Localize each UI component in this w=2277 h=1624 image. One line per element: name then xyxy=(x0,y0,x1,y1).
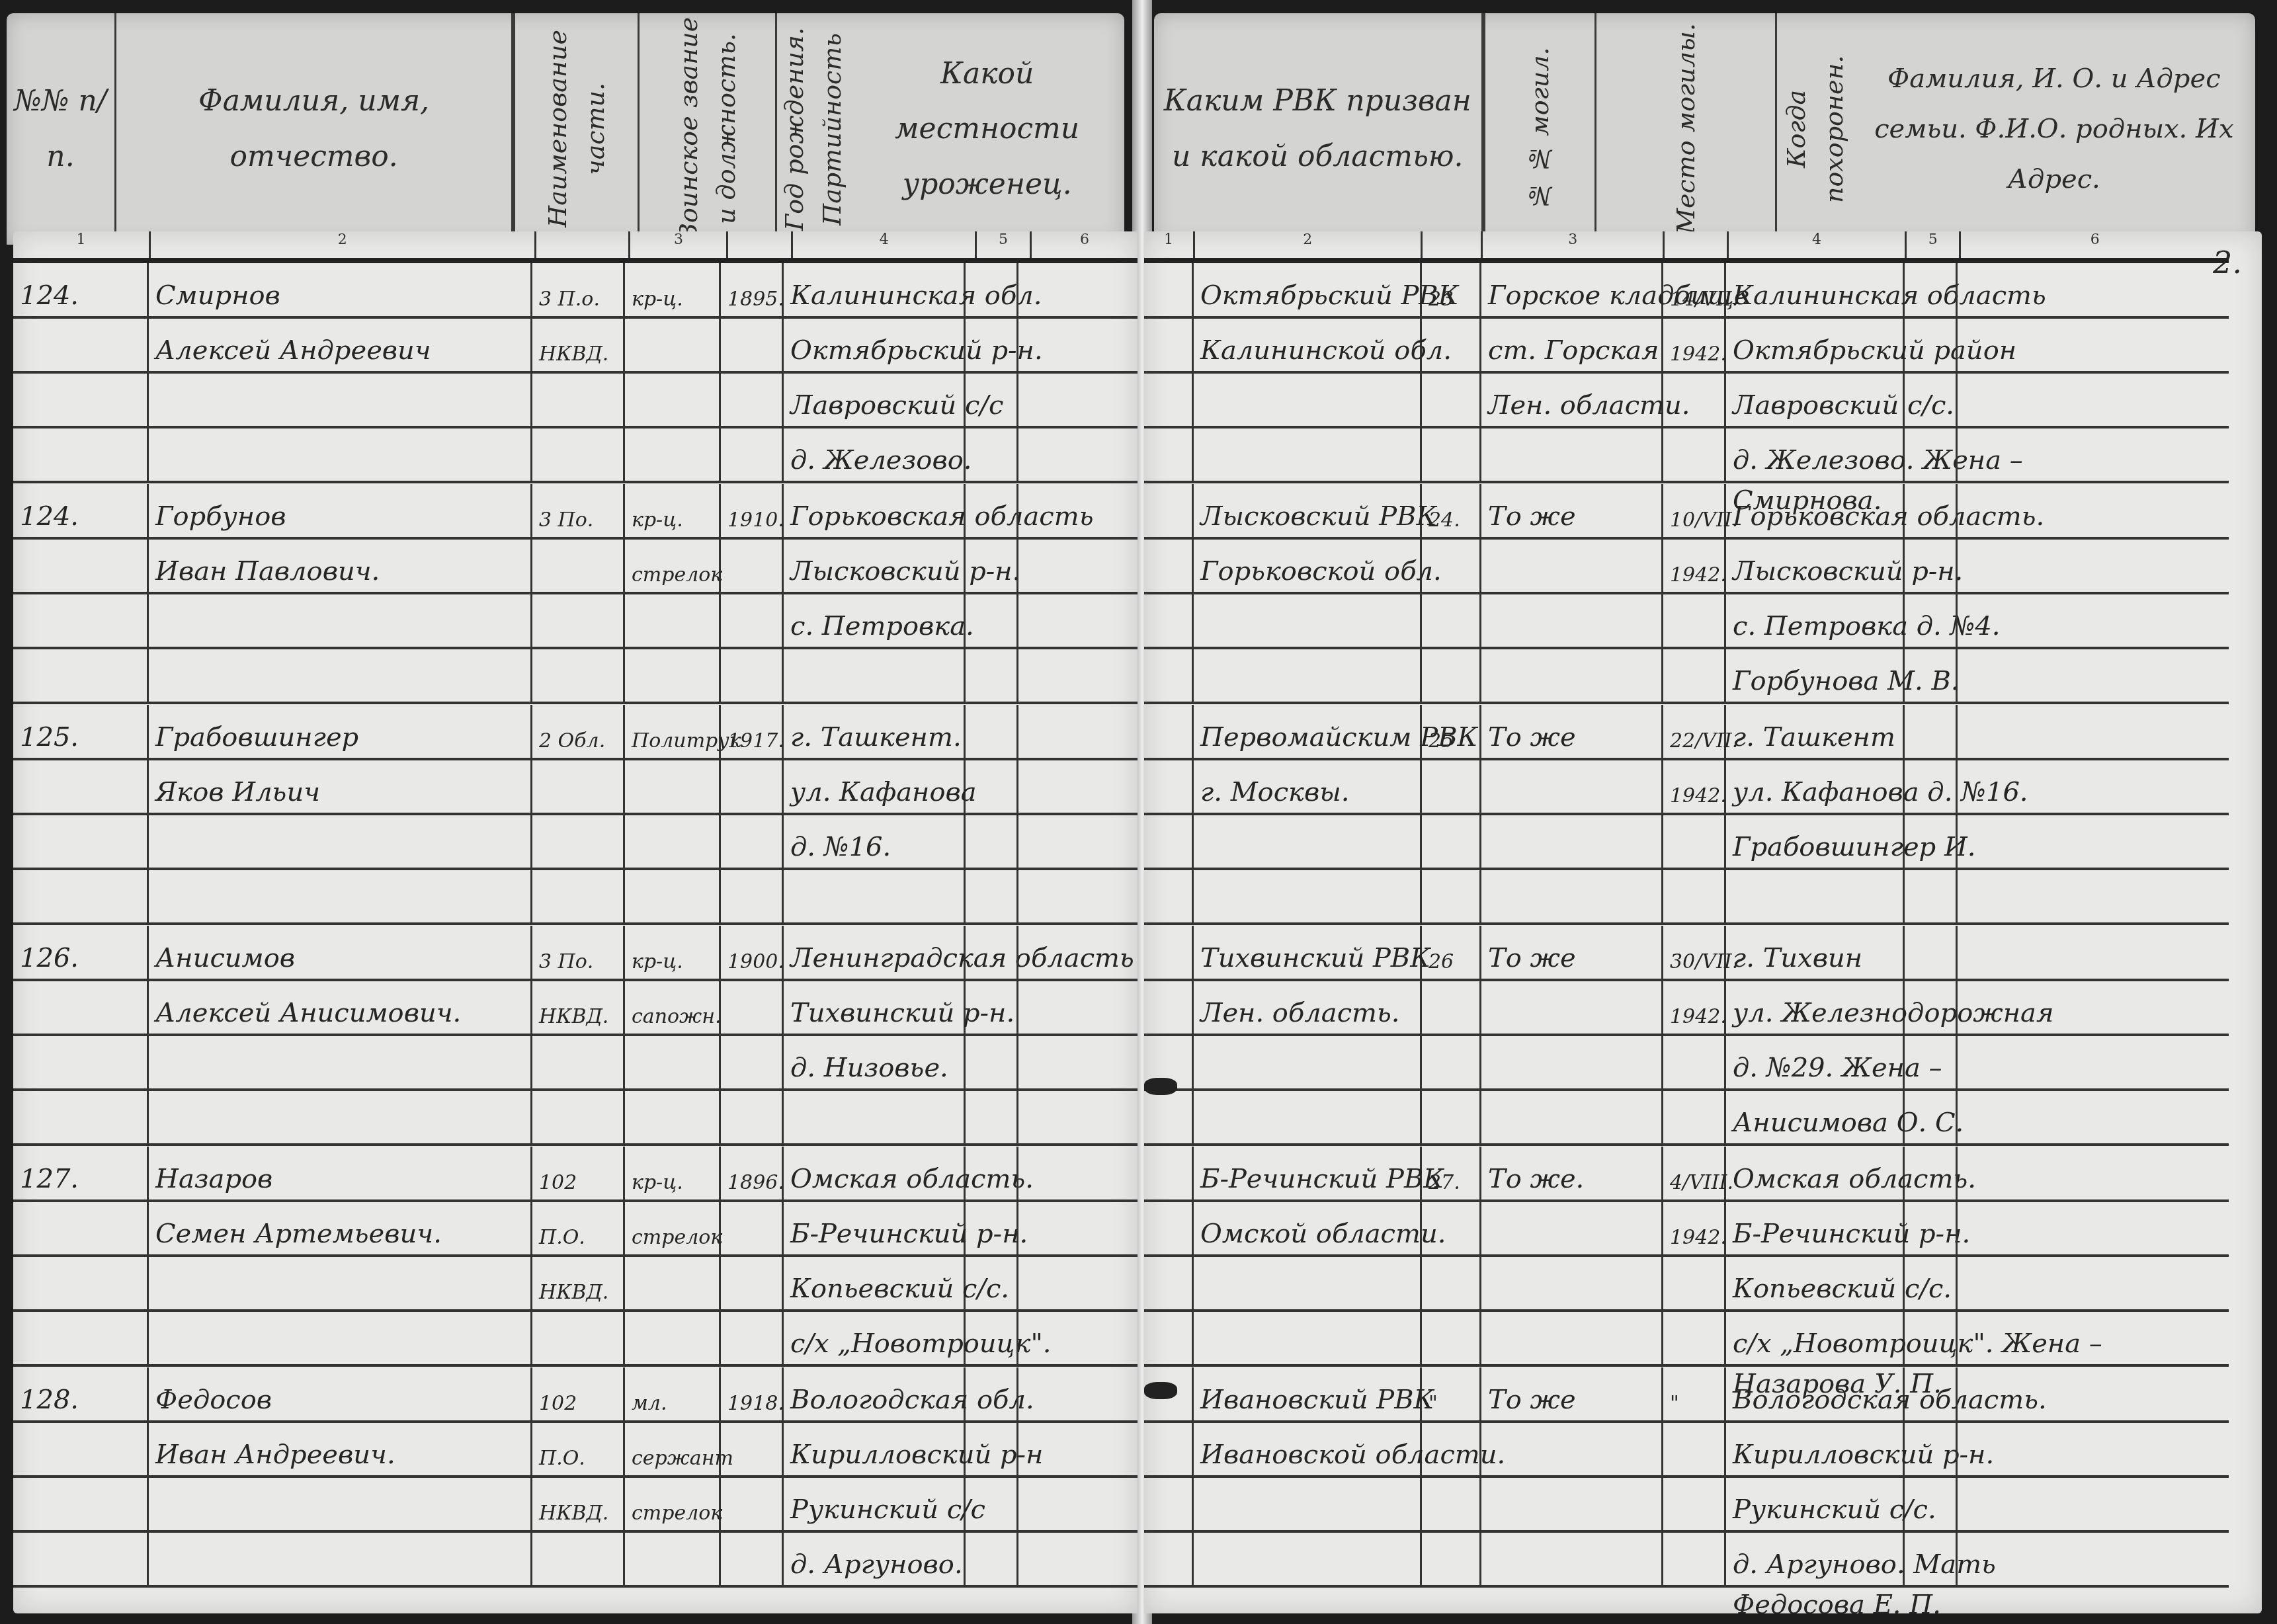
soldier-name: Грабовшингер xyxy=(149,705,532,758)
col-5 xyxy=(966,1090,1018,1143)
birth-year: 1918. xyxy=(721,1367,784,1420)
conscription-office: Ивановский РВК xyxy=(1194,1367,1422,1420)
ledger-line: д. Низовье. xyxy=(13,1035,1138,1091)
entry-number xyxy=(13,1256,149,1309)
origin: Калининская обл. xyxy=(784,263,966,316)
col-5 xyxy=(966,870,1018,922)
family-address: Горбунова М. В. xyxy=(1726,649,1905,702)
grave-number xyxy=(1422,1311,1481,1364)
family-address: г. Ташкент xyxy=(1726,705,1905,758)
col-5 xyxy=(966,1477,1018,1530)
conscription-office: Лысковский РВК xyxy=(1194,484,1422,537)
grave-number xyxy=(1422,1256,1481,1309)
col-6 xyxy=(1958,870,2229,922)
ledger-line: 126.Анисимов3 По.кр-ц.1900.Ленинградская… xyxy=(13,926,1138,981)
entry-number xyxy=(13,1201,149,1254)
col-1 xyxy=(1144,539,1194,592)
family-address: Омская область. xyxy=(1726,1147,1905,1199)
burial-date: 1942. xyxy=(1663,760,1726,813)
col-6 xyxy=(1958,1311,2229,1364)
ledger-line: Иван Андреевич.П.О.сержантКирилловский р… xyxy=(13,1422,1138,1478)
origin: с/х „Новотроицк". xyxy=(784,1311,966,1364)
col-5 xyxy=(966,705,1018,758)
birth-year: 1895. xyxy=(721,263,784,316)
origin: Горьковская область xyxy=(784,484,966,537)
col-1 xyxy=(1144,1532,1194,1585)
origin: Октябрьский р-н. xyxy=(784,318,966,371)
col-5 xyxy=(1905,318,1958,371)
col-6 xyxy=(1958,263,2229,316)
grave-number xyxy=(1422,1422,1481,1475)
col-5 xyxy=(1905,1035,1958,1088)
col-5 xyxy=(1905,594,1958,647)
soldier-name xyxy=(149,1090,532,1143)
ledger-line: Лавровский с/с xyxy=(13,373,1138,428)
birth-year xyxy=(721,373,784,426)
birth-year xyxy=(721,428,784,481)
col-1 xyxy=(1144,484,1194,537)
conscription-office: Горьковской обл. xyxy=(1194,539,1422,592)
origin xyxy=(784,1090,966,1143)
grave-place xyxy=(1481,1201,1663,1254)
family-address: Б-Речинский р-н. xyxy=(1726,1201,1905,1254)
ledger-line: Ивановской области.Кирилловский р-н. xyxy=(1144,1422,2229,1478)
origin: Б-Речинский р-н. xyxy=(784,1201,966,1254)
origin: Лысковский р-н. xyxy=(784,539,966,592)
birth-year xyxy=(721,1256,784,1309)
col-5 xyxy=(1905,1422,1958,1475)
col-1 xyxy=(1144,318,1194,371)
grave-number xyxy=(1422,649,1481,702)
col-1 xyxy=(1144,1256,1194,1309)
entry-number xyxy=(13,1532,149,1585)
left-header-flap: №№ п/п. Фамилия, имя, отчество. Наименов… xyxy=(7,13,1124,245)
header-col-unit: Наименование части. xyxy=(513,13,638,245)
col-1 xyxy=(1144,373,1194,426)
ledger-line: Лысковский РВК24.То же10/VII.Горьковская… xyxy=(1144,484,2229,540)
burial-date xyxy=(1663,1311,1726,1364)
burial-date xyxy=(1663,1422,1726,1475)
entry-number: 128. xyxy=(13,1367,149,1420)
rank: сержант xyxy=(625,1422,721,1475)
col-1 xyxy=(1144,1201,1194,1254)
ledger-line: Лен. область.1942.ул. Железнодорожная xyxy=(1144,981,2229,1036)
origin: Вологодская обл. xyxy=(784,1367,966,1420)
col-6 xyxy=(1958,1367,2229,1420)
right-ledger: Октябрьский РВК23Горское кладбище14/VII.… xyxy=(1144,263,2229,1588)
birth-year xyxy=(721,1035,784,1088)
unit: П.О. xyxy=(532,1201,625,1254)
burial-date xyxy=(1663,1090,1726,1143)
rank xyxy=(625,1532,721,1585)
ledger-entry: Первомайским РВК25То же22/VII.г. Ташкент… xyxy=(1144,705,2229,926)
rank xyxy=(625,1256,721,1309)
birth-year: 1910. xyxy=(721,484,784,537)
grave-number xyxy=(1422,870,1481,922)
family-address: Лысковский р-н. xyxy=(1726,539,1905,592)
left-page: 1 2 3 4 5 6 124.Смирнов3 П.о.кр-ц.1895.К… xyxy=(13,231,1138,1613)
col-1 xyxy=(1144,263,1194,316)
rank: стрелок xyxy=(625,1477,721,1530)
family-address: Вологодская область. xyxy=(1726,1367,1905,1420)
soldier-name xyxy=(149,373,532,426)
soldier-name: Анисимов xyxy=(149,926,532,979)
col-5 xyxy=(966,1532,1018,1585)
col-6 xyxy=(1018,1147,1124,1199)
col-1 xyxy=(1144,428,1194,481)
grave-number: " xyxy=(1422,1367,1481,1420)
family-address: Калининская область xyxy=(1726,263,1905,316)
grave-number xyxy=(1422,594,1481,647)
ledger-line: Калининской обл.ст. Горская1942.Октябрьс… xyxy=(1144,318,2229,374)
grave-number xyxy=(1422,539,1481,592)
soldier-name: Иван Андреевич. xyxy=(149,1422,532,1475)
ledger-line xyxy=(13,1090,1138,1146)
birth-year xyxy=(721,539,784,592)
rank xyxy=(625,1090,721,1143)
col-5 xyxy=(966,539,1018,592)
ledger-entry: Ивановский РВК"То же"Вологодская область… xyxy=(1144,1367,2229,1588)
soldier-name xyxy=(149,1035,532,1088)
burial-date: 30/VII. xyxy=(1663,926,1726,979)
col-6 xyxy=(1958,1422,2229,1475)
origin: д. Низовье. xyxy=(784,1035,966,1088)
unit: НКВД. xyxy=(532,318,625,371)
soldier-name xyxy=(149,428,532,481)
col-5 xyxy=(966,594,1018,647)
family-address: г. Тихвин xyxy=(1726,926,1905,979)
rank xyxy=(625,318,721,371)
col-6 xyxy=(1018,373,1124,426)
col-5 xyxy=(1905,1532,1958,1585)
rank: сапожн. xyxy=(625,981,721,1034)
col-1 xyxy=(1144,705,1194,758)
col-6 xyxy=(1958,1090,2229,1143)
ledger-line: Горбунова М. В. xyxy=(1144,649,2229,704)
family-address: с/х „Новотроицк". Жена – xyxy=(1726,1311,1905,1364)
ledger-line: НКВД.Копьевский с/с. xyxy=(13,1256,1138,1312)
right-header-flap: Каким РВК призван и какой областью. № № … xyxy=(1154,13,2255,245)
rank: стрелок xyxy=(625,1201,721,1254)
family-address: ул. Железнодорожная xyxy=(1726,981,1905,1034)
col-5 xyxy=(1905,1367,1958,1420)
col-1 xyxy=(1144,1090,1194,1143)
conscription-office: Октябрьский РВК xyxy=(1194,263,1422,316)
entry-number xyxy=(13,870,149,922)
col-5 xyxy=(1905,484,1958,537)
col-5 xyxy=(966,760,1018,813)
origin xyxy=(784,870,966,922)
col-6 xyxy=(1018,870,1124,922)
unit: 102 xyxy=(532,1147,625,1199)
ledger-line: д. №16. xyxy=(13,815,1138,870)
birth-year xyxy=(721,1311,784,1364)
unit: П.О. xyxy=(532,1422,625,1475)
burial-date xyxy=(1663,594,1726,647)
ledger-line: Омской области.1942.Б-Речинский р-н. xyxy=(1144,1201,2229,1257)
family-address: д. №29. Жена – xyxy=(1726,1035,1905,1088)
col-5 xyxy=(966,1422,1018,1475)
col-6 xyxy=(1018,760,1124,813)
entry-number xyxy=(13,1090,149,1143)
origin xyxy=(784,649,966,702)
col-1 xyxy=(1144,1477,1194,1530)
ledger-entry: 126.Анисимов3 По.кр-ц.1900.Ленинградская… xyxy=(13,926,1138,1147)
family-address: Октябрьский район xyxy=(1726,318,1905,371)
grave-number xyxy=(1422,373,1481,426)
col-1 xyxy=(1144,1311,1194,1364)
unit xyxy=(532,760,625,813)
col-5 xyxy=(966,1367,1018,1420)
ledger-line: Б-Речинский РВК27.То же.4/VIII.Омская об… xyxy=(1144,1147,2229,1202)
family-address: Кирилловский р-н. xyxy=(1726,1422,1905,1475)
burial-date: 14/VII. xyxy=(1663,263,1726,316)
origin: ул. Кафанова xyxy=(784,760,966,813)
rank xyxy=(625,1035,721,1088)
soldier-name xyxy=(149,815,532,868)
grave-number xyxy=(1422,1532,1481,1585)
right-page: 2. 1 2 3 4 5 6 Октябрьский РВК23Горское … xyxy=(1144,231,2262,1613)
col-5 xyxy=(966,1256,1018,1309)
birth-year xyxy=(721,1422,784,1475)
ledger-line: Тихвинский РВК26То же30/VII.г. Тихвин xyxy=(1144,926,2229,981)
col-6 xyxy=(1018,428,1124,481)
origin: Копьевский с/с. xyxy=(784,1256,966,1309)
col-6 xyxy=(1958,1035,2229,1088)
origin: Омская область. xyxy=(784,1147,966,1199)
col-1 xyxy=(1144,981,1194,1034)
col-6 xyxy=(1958,594,2229,647)
col-6 xyxy=(1018,926,1124,979)
ledger-line: НКВД.стрелокРукинский с/с xyxy=(13,1477,1138,1533)
grave-place: ст. Горская xyxy=(1481,318,1663,371)
col-5 xyxy=(1905,1311,1958,1364)
origin: д. №16. xyxy=(784,815,966,868)
entry-number: 124. xyxy=(13,484,149,537)
col-6 xyxy=(1958,705,2229,758)
unit xyxy=(532,815,625,868)
entry-number xyxy=(13,1422,149,1475)
col-5 xyxy=(966,428,1018,481)
conscription-office: Первомайским РВК xyxy=(1194,705,1422,758)
col-5 xyxy=(1905,1090,1958,1143)
header-col-origin: Какой местности уроженец. xyxy=(850,13,1124,245)
family-address: Грабовшингер И. xyxy=(1726,815,1905,868)
entry-number: 126. xyxy=(13,926,149,979)
col-6 xyxy=(1018,981,1124,1034)
ledger-line: д. №29. Жена – xyxy=(1144,1035,2229,1091)
col-6 xyxy=(1958,484,2229,537)
grave-number xyxy=(1422,1477,1481,1530)
col-5 xyxy=(966,926,1018,979)
col-6 xyxy=(1958,815,2229,868)
ledger-line: 128.Федосов102мл.1918.Вологодская обл. xyxy=(13,1367,1138,1423)
conscription-office xyxy=(1194,1477,1422,1530)
unit: НКВД. xyxy=(532,1477,625,1530)
ledger-line xyxy=(13,649,1138,704)
col-5 xyxy=(1905,1477,1958,1530)
burial-date xyxy=(1663,1256,1726,1309)
left-ledger: 124.Смирнов3 П.о.кр-ц.1895.Калининская о… xyxy=(13,263,1138,1588)
burial-date: 4/VIII. xyxy=(1663,1147,1726,1199)
col-6 xyxy=(1018,1367,1124,1420)
rank xyxy=(625,649,721,702)
ledger-line: Копьевский с/с. xyxy=(1144,1256,2229,1312)
origin: Ленинградская область xyxy=(784,926,966,979)
grave-place xyxy=(1481,428,1663,481)
birth-year xyxy=(721,760,784,813)
conscription-office: г. Москвы. xyxy=(1194,760,1422,813)
col-6 xyxy=(1958,318,2229,371)
conscription-office: Ивановской области. xyxy=(1194,1422,1422,1475)
conscription-office xyxy=(1194,1532,1422,1585)
soldier-name: Семен Артемьевич. xyxy=(149,1201,532,1254)
unit xyxy=(532,870,625,922)
unit xyxy=(532,1035,625,1088)
birth-year xyxy=(721,1532,784,1585)
conscription-office xyxy=(1194,594,1422,647)
birth-year xyxy=(721,1201,784,1254)
grave-number: 27. xyxy=(1422,1147,1481,1199)
binding-hole xyxy=(1144,1382,1177,1399)
unit xyxy=(532,428,625,481)
burial-date: 22/VII. xyxy=(1663,705,1726,758)
soldier-name: Яков Ильич xyxy=(149,760,532,813)
conscription-office: Лен. область. xyxy=(1194,981,1422,1034)
entry-number xyxy=(13,1311,149,1364)
conscription-office xyxy=(1194,1035,1422,1088)
soldier-name: Алексей Анисимович. xyxy=(149,981,532,1034)
ledger-line: Ивановский РВК"То же"Вологодская область… xyxy=(1144,1367,2229,1423)
grave-place xyxy=(1481,594,1663,647)
header-col-rvk: Каким РВК призван и какой областью. xyxy=(1154,13,1483,245)
col-5 xyxy=(966,981,1018,1034)
burial-date xyxy=(1663,373,1726,426)
unit xyxy=(532,1532,625,1585)
birth-year: 1896. xyxy=(721,1147,784,1199)
ledger-line: д. Аргуново. xyxy=(13,1532,1138,1588)
ledger-entry: Лысковский РВК24.То же10/VII.Горьковская… xyxy=(1144,484,2229,705)
entry-number xyxy=(13,1477,149,1530)
rank: кр-ц. xyxy=(625,1147,721,1199)
grave-number: 23 xyxy=(1422,263,1481,316)
rank xyxy=(625,815,721,868)
ledger-line: Горьковской обл.1942.Лысковский р-н. xyxy=(1144,539,2229,594)
unit: НКВД. xyxy=(532,1256,625,1309)
birth-year xyxy=(721,1090,784,1143)
rank: мл. xyxy=(625,1367,721,1420)
rank: кр-ц. xyxy=(625,263,721,316)
unit xyxy=(532,594,625,647)
family-address: д. Железово. Жена – xyxy=(1726,428,1905,481)
col-5 xyxy=(1905,926,1958,979)
soldier-name xyxy=(149,1477,532,1530)
grave-number: 25 xyxy=(1422,705,1481,758)
conscription-office xyxy=(1194,1311,1422,1364)
unit: 2 Обл. xyxy=(532,705,625,758)
ledger-line: Иван Павлович.стрелокЛысковский р-н. xyxy=(13,539,1138,594)
grave-number xyxy=(1422,1201,1481,1254)
header-col-family: Фамилия, И. О. и Адрес семьи. Ф.И.О. род… xyxy=(1853,13,2255,245)
col-1 xyxy=(1144,1147,1194,1199)
burial-date: 1942. xyxy=(1663,1201,1726,1254)
rank: кр-ц. xyxy=(625,484,721,537)
entry-number xyxy=(13,815,149,868)
ledger-entry: 127.Назаров102кр-ц.1896.Омская область.С… xyxy=(13,1147,1138,1367)
family-address: д. Аргуново. Мать xyxy=(1726,1532,1905,1585)
unit xyxy=(532,649,625,702)
rank xyxy=(625,760,721,813)
origin: д. Железово. xyxy=(784,428,966,481)
ledger-line: д. Железово. Жена – xyxy=(1144,428,2229,483)
col-5 xyxy=(1905,981,1958,1034)
col-1 xyxy=(1144,870,1194,922)
conscription-office xyxy=(1194,870,1422,922)
burial-date xyxy=(1663,815,1726,868)
col-1 xyxy=(1144,815,1194,868)
col-6 xyxy=(1018,263,1124,316)
conscription-office xyxy=(1194,815,1422,868)
rank xyxy=(625,870,721,922)
entry-number xyxy=(13,981,149,1034)
grave-place xyxy=(1481,649,1663,702)
col-1 xyxy=(1144,926,1194,979)
soldier-name xyxy=(149,1532,532,1585)
ledger-line: Первомайским РВК25То же22/VII.г. Ташкент xyxy=(1144,705,2229,760)
family-address: Горьковская область. xyxy=(1726,484,1905,537)
grave-number xyxy=(1422,1090,1481,1143)
col-6 xyxy=(1958,1477,2229,1530)
grave-place xyxy=(1481,870,1663,922)
entry-number xyxy=(13,373,149,426)
col-6 xyxy=(1018,1311,1124,1364)
col-6 xyxy=(1958,1256,2229,1309)
col-1 xyxy=(1144,649,1194,702)
col-5 xyxy=(1905,373,1958,426)
unit: НКВД. xyxy=(532,981,625,1034)
grave-number xyxy=(1422,815,1481,868)
ledger-line: с. Петровка д. №4. xyxy=(1144,594,2229,649)
ledger-entry: Октябрьский РВК23Горское кладбище14/VII.… xyxy=(1144,263,2229,484)
birth-year xyxy=(721,815,784,868)
soldier-name: Иван Павлович. xyxy=(149,539,532,592)
conscription-office: Омской области. xyxy=(1194,1201,1422,1254)
family-address: Лавровский с/с. xyxy=(1726,373,1905,426)
grave-place xyxy=(1481,981,1663,1034)
col-6 xyxy=(1018,1201,1124,1254)
grave-number: 24. xyxy=(1422,484,1481,537)
rank: стрелок xyxy=(625,539,721,592)
conscription-office xyxy=(1194,649,1422,702)
grave-place xyxy=(1481,760,1663,813)
ledger-line: 124.Горбунов3 По.кр-ц.1910.Горьковская о… xyxy=(13,484,1138,540)
family-address xyxy=(1726,870,1905,922)
entry-number xyxy=(13,1035,149,1088)
burial-date xyxy=(1663,870,1726,922)
rank xyxy=(625,428,721,481)
entry-number: 127. xyxy=(13,1147,149,1199)
origin: Рукинский с/с xyxy=(784,1477,966,1530)
grave-place xyxy=(1481,1090,1663,1143)
col-5 xyxy=(1905,263,1958,316)
ledger-entry: 124.Горбунов3 По.кр-ц.1910.Горьковская о… xyxy=(13,484,1138,705)
unit: 102 xyxy=(532,1367,625,1420)
grave-number xyxy=(1422,428,1481,481)
col-1 xyxy=(1144,760,1194,813)
column-number-strip: 1 2 3 4 5 6 xyxy=(13,231,1138,263)
conscription-office xyxy=(1194,1256,1422,1309)
ledger-line: с. Петровка. xyxy=(13,594,1138,649)
